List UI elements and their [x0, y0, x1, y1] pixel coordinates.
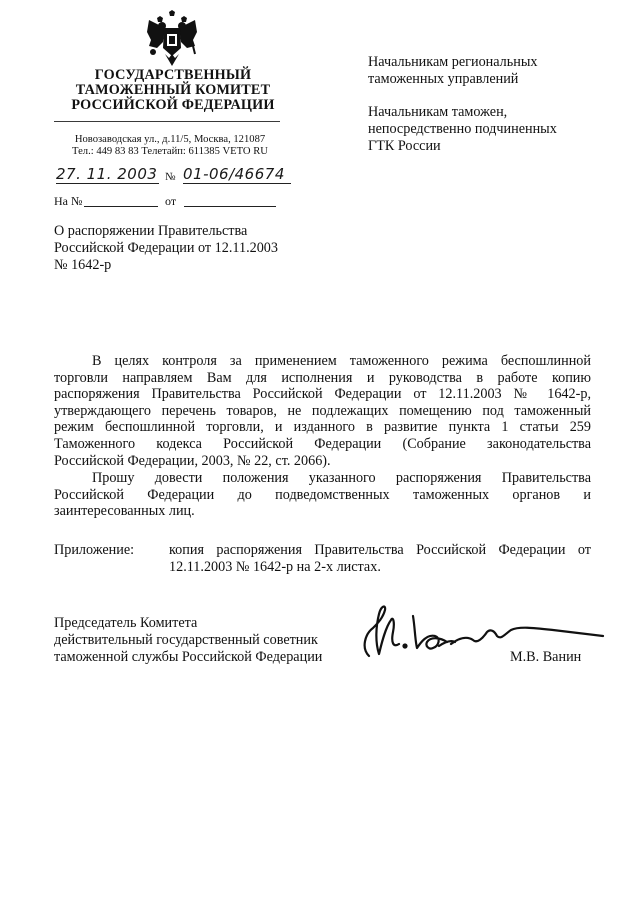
- incoming-reference: На № от: [54, 194, 290, 210]
- subject-line: О распоряжении Правительства: [54, 223, 324, 240]
- body-line: заинтересованных лиц.: [54, 503, 591, 520]
- addressee-line: таможенных управлений: [368, 71, 608, 88]
- address-line: Тел.: 449 83 83 Телетайп: 611385 VETO RU: [54, 146, 286, 158]
- outgoing-date: 27. 11. 2003: [56, 166, 159, 184]
- body-line: Прошу довести положения указанного распо…: [54, 470, 591, 487]
- addressee-line: Начальникам таможен,: [368, 104, 608, 121]
- attachment-line: копия распоряжения Правительства Российс…: [169, 542, 591, 559]
- body-line: утверждающего перечень товаров, не подле…: [54, 403, 591, 420]
- incoming-date-label: от: [165, 194, 176, 209]
- subject-line: Российской Федерации от 12.11.2003: [54, 240, 324, 257]
- incoming-date-blank: [184, 206, 276, 207]
- address-line: Новозаводская ул., д.11/5, Москва, 12108…: [54, 134, 286, 146]
- body-line: Российской Федерации, 2003, № 22, ст. 20…: [54, 453, 591, 470]
- signer-name: М.В. Ванин: [510, 649, 581, 666]
- incoming-number-blank: [84, 206, 158, 207]
- signatory-line: действительный государственный советник: [54, 632, 354, 649]
- body-line: торговли направляем Вам для исполнения и…: [54, 370, 591, 387]
- subject-line: № 1642-р: [54, 257, 324, 274]
- organization-name: ГОСУДАРСТВЕННЫЙ ТАМОЖЕННЫЙ КОМИТЕТ РОССИ…: [60, 68, 286, 113]
- org-name-line: РОССИЙСКОЙ ФЕДЕРАЦИИ: [60, 98, 286, 113]
- body-line: В целях контроля за применением таможенн…: [54, 353, 591, 370]
- attachment-description: копия распоряжения Правительства Российс…: [169, 542, 591, 576]
- addressee-customs: Начальникам таможен, непосредственно под…: [368, 104, 608, 155]
- addressee-line: ГТК России: [368, 138, 608, 155]
- org-name-line: ГОСУДАРСТВЕННЫЙ: [60, 68, 286, 83]
- signatory-line: Председатель Комитета: [54, 615, 354, 632]
- organization-address: Новозаводская ул., д.11/5, Москва, 12108…: [54, 134, 286, 158]
- signatory-title: Председатель Комитета действительный гос…: [54, 615, 354, 666]
- coat-of-arms-icon: [145, 10, 199, 68]
- letter-subject: О распоряжении Правительства Российской …: [54, 223, 324, 274]
- incoming-number-label: На №: [54, 194, 82, 209]
- body-line: режим беспошлинной торговли, и изданного…: [54, 419, 591, 436]
- addressee-line: непосредственно подчиненных: [368, 121, 608, 138]
- addressee-line: Начальникам региональных: [368, 54, 608, 71]
- body-line: распоряжения Правительства Российской Фе…: [54, 386, 591, 403]
- org-name-line: ТАМОЖЕННЫЙ КОМИТЕТ: [60, 83, 286, 98]
- body-paragraph-1: В целях контроля за применением таможенн…: [54, 353, 591, 469]
- attachment-line: 12.11.2003 № 1642-р на 2-х листах.: [169, 559, 591, 576]
- attachment-label: Приложение:: [54, 542, 134, 559]
- body-line: Таможенного кодекса Российской Федерации…: [54, 436, 591, 453]
- number-label: №: [165, 171, 176, 183]
- header-divider: [54, 121, 280, 122]
- signatory-line: таможенной службы Российской Федерации: [54, 649, 354, 666]
- outgoing-reference: 27. 11. 2003 № 01-06/46674: [54, 166, 290, 186]
- outgoing-number: 01-06/46674: [183, 166, 291, 184]
- body-line: Российской Федерации до подведомственных…: [54, 487, 591, 504]
- body-paragraph-2: Прошу довести положения указанного распо…: [54, 470, 591, 520]
- addressee-regional: Начальникам региональных таможенных упра…: [368, 54, 608, 88]
